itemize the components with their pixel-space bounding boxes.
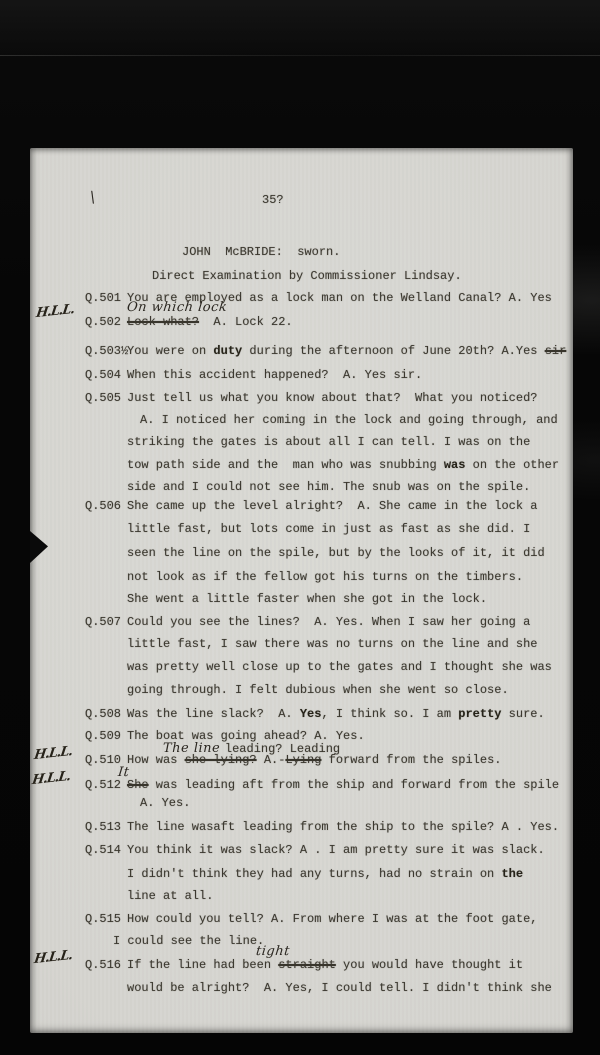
q512-answer: A. Yes. (140, 796, 190, 811)
margin-initials-q512: H.L.L. (31, 769, 71, 788)
q506-answer-3: seen the line on the spile, but by the l… (127, 546, 545, 561)
stray-pen-mark: \ (89, 190, 97, 206)
q505-line-number: Q.505 (85, 391, 127, 406)
text-overlay: 35?JOHN McBRIDE: sworn.Direct Examinatio… (0, 0, 600, 1055)
hw-note-on-which-lock: On which lock (126, 300, 228, 315)
q513-line: Q.513The line wasaft leading from the sh… (85, 820, 559, 835)
q507-answer-4: going through. I felt dubious when she w… (127, 683, 509, 698)
q503-line: Q.503½You were on duty during the aftern… (85, 344, 566, 359)
q507-answer-3: was pretty well close up to the gates an… (127, 660, 552, 675)
q506-answer-2: little fast, but lots come in just as fa… (127, 522, 530, 537)
q505-answer-2: striking the gates is about all I can te… (127, 435, 530, 450)
q510-line: Q.510How was she lying? A.-Lying forward… (85, 753, 501, 768)
q504-line: Q.504When this accident happened? A. Yes… (85, 368, 422, 383)
q505-answer-1: A. I noticed her coming in the lock and … (140, 413, 558, 428)
q507-line: Q.507Could you see the lines? A. Yes. Wh… (85, 615, 530, 630)
hw-note-tight: tight (255, 944, 290, 959)
q508-line: Q.508Was the line slack? A. Yes, I think… (85, 707, 545, 722)
margin-initials-q510: H.L.L. (33, 744, 73, 763)
q513-line-number: Q.513 (85, 820, 127, 835)
q507-answer-2: little fast, I saw there was no turns on… (127, 637, 537, 652)
q516-answer-2: would be alright? A. Yes, I could tell. … (127, 981, 552, 996)
q505-line: Q.505Just tell us what you know about th… (85, 391, 537, 406)
witness-heading: JOHN McBRIDE: sworn. (182, 245, 340, 260)
q515-answer-2: I could see the line. (113, 934, 264, 949)
q514-answer-2: I didn't think they had any turns, had n… (127, 867, 523, 882)
q506-answer-4: not look as if the fellow got his turns … (127, 570, 523, 585)
q515-line-number: Q.515 (85, 912, 127, 927)
q503-line-number: Q.503½ (85, 344, 127, 359)
q509-line-number: Q.509 (85, 729, 127, 744)
q507-line-number: Q.507 (85, 615, 127, 630)
q502-line-number: Q.502 (85, 315, 127, 330)
q506-answer-5: She went a little faster when she got in… (127, 592, 487, 607)
margin-initials-q502: H.L.L. (35, 302, 75, 321)
q515-line: Q.515How could you tell? A. From where I… (85, 912, 537, 927)
q502-line: Q.502Lock what? A. Lock 22. (85, 315, 293, 330)
page-number: 35? (262, 193, 284, 208)
q501-line-number: Q.501 (85, 291, 127, 306)
q505-answer-3: tow path side and the man who was snubbi… (127, 458, 559, 473)
q506-line: Q.506She came up the level alright? A. S… (85, 499, 537, 514)
q505-answer-4: side and I could not see him. The snub w… (127, 480, 530, 495)
q504-line-number: Q.504 (85, 368, 127, 383)
margin-initials-q516: H.L.L. (33, 948, 73, 967)
q506-line-number: Q.506 (85, 499, 127, 514)
q514-line-number: Q.514 (85, 843, 127, 858)
q512-line-number: Q.512 (85, 778, 127, 793)
q508-line-number: Q.508 (85, 707, 127, 722)
q516-line: Q.516If the line had been straight you w… (85, 958, 523, 973)
q514-answer-3: line at all. (127, 889, 213, 904)
q514-line: Q.514You think it was slack? A . I am pr… (85, 843, 545, 858)
examination-heading: Direct Examination by Commissioner Linds… (152, 269, 462, 284)
q512-line: Q.512She was leading aft from the ship a… (85, 778, 559, 793)
q516-line-number: Q.516 (85, 958, 127, 973)
